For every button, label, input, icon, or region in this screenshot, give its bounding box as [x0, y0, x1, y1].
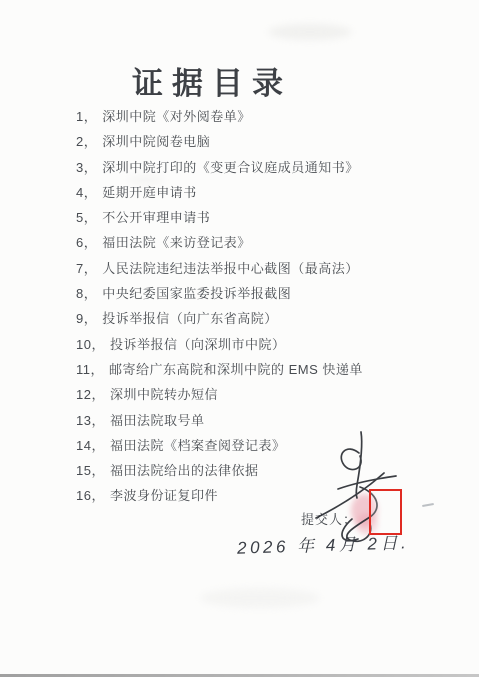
item-text: 福田法院《档案查阅登记表》 — [110, 438, 286, 453]
item-number: 12， — [76, 387, 105, 402]
item-number: 14， — [76, 438, 105, 453]
evidence-item-6: 6，福田法院《来访登记表》 — [76, 230, 363, 255]
item-number: 9， — [76, 311, 97, 326]
evidence-item-4: 4，延期开庭申请书 — [76, 180, 363, 205]
item-number: 3， — [76, 160, 97, 175]
item-number: 16， — [76, 488, 105, 503]
item-text: 福田法院《来访登记表》 — [102, 235, 251, 250]
item-text: 深圳中院《对外阅卷单》 — [102, 109, 251, 124]
item-number: 15， — [76, 463, 105, 478]
item-text: 投诉举报信（向深圳市中院） — [110, 337, 286, 352]
item-number: 7， — [76, 261, 97, 276]
item-number: 8， — [76, 286, 97, 301]
evidence-item-10: 10，投诉举报信（向深圳市中院） — [76, 332, 363, 357]
item-number: 6， — [76, 235, 97, 250]
evidence-item-3: 3，深圳中院打印的《变更合议庭成员通知书》 — [76, 155, 363, 180]
item-text: 李波身份证复印件 — [110, 488, 218, 503]
item-number: 13， — [76, 413, 105, 428]
item-text: 投诉举报信（向广东省高院） — [102, 311, 278, 326]
item-text: 深圳中院阅卷电脑 — [102, 134, 210, 149]
item-text: 中央纪委国家监委投诉举报截图 — [102, 286, 291, 301]
evidence-item-1: 1，深圳中院《对外阅卷单》 — [76, 104, 363, 129]
evidence-item-9: 9，投诉举报信（向广东省高院） — [76, 306, 363, 331]
item-number: 10， — [76, 337, 105, 352]
page-title: 证据目录 — [132, 58, 292, 103]
item-number: 11， — [76, 362, 104, 377]
evidence-item-8: 8，中央纪委国家监委投诉举报截图 — [76, 281, 363, 306]
evidence-item-7: 7，人民法院违纪违法举报中心截图（最高法） — [76, 256, 363, 281]
item-text: 福田法院取号单 — [110, 413, 205, 428]
item-number: 1， — [76, 109, 97, 124]
item-text: 深圳中院转办短信 — [110, 387, 218, 402]
item-text: 福田法院给出的法律依据 — [110, 463, 259, 478]
item-text: 不公开审理申请书 — [102, 210, 210, 225]
item-text: 人民法院违纪违法举报中心截图（最高法） — [102, 261, 359, 276]
evidence-item-2: 2，深圳中院阅卷电脑 — [76, 129, 363, 154]
handwritten-date: 2026 年 4月 2日. — [237, 528, 410, 558]
item-number: 4， — [76, 185, 97, 200]
evidence-item-5: 5，不公开审理申请书 — [76, 205, 363, 230]
scan-smudge — [268, 24, 352, 40]
item-text: 深圳中院打印的《变更合议庭成员通知书》 — [102, 160, 359, 175]
scanned-document-page: 证据目录 1，深圳中院《对外阅卷单》 2，深圳中院阅卷电脑 3，深圳中院打印的《… — [0, 0, 479, 677]
scan-smudge — [200, 588, 320, 608]
item-number: 2， — [76, 134, 97, 149]
item-text: 延期开庭申请书 — [102, 185, 197, 200]
evidence-item-11: 11，邮寄给广东高院和深圳中院的 EMS 快递单 — [76, 357, 363, 382]
item-number: 5， — [76, 210, 97, 225]
evidence-item-12: 12，深圳中院转办短信 — [76, 382, 363, 407]
item-text: 邮寄给广东高院和深圳中院的 EMS 快递单 — [109, 362, 363, 377]
